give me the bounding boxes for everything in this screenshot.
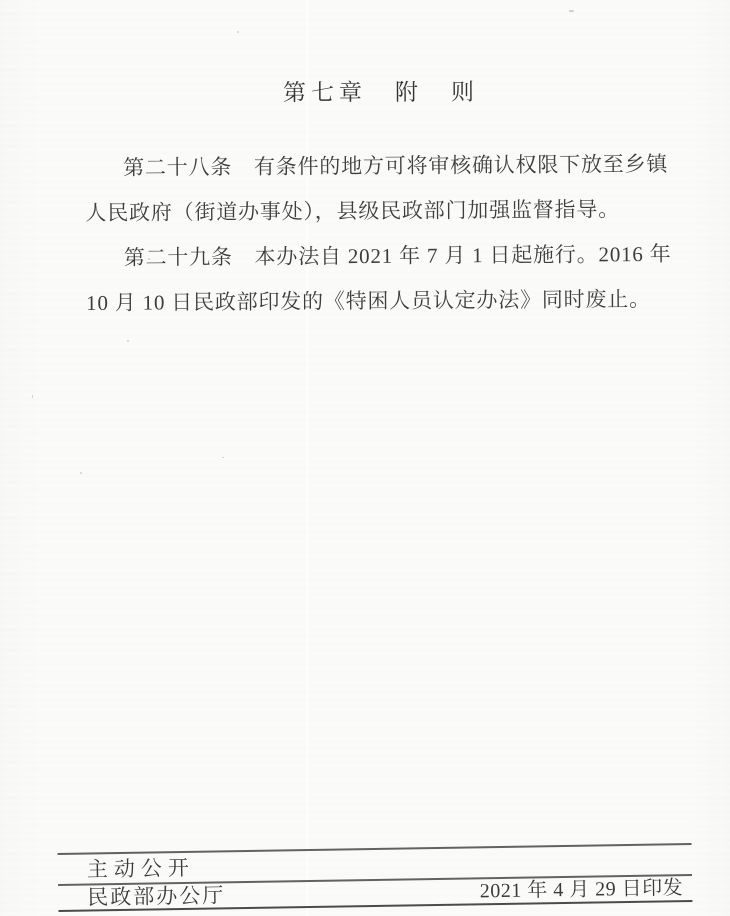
article-29-line-2: 10 月 10 日民政部印发的《特困人员认定办法》同时废止。 [86, 277, 686, 326]
scan-speck [127, 340, 129, 342]
chapter-title: 第七章 附 则 [85, 73, 677, 109]
scan-speck [80, 472, 82, 474]
article-29: 第二十九条 本办法自 2021 年 7 月 1 日起施行。2016 年 10 月… [86, 232, 687, 326]
scan-speck [237, 31, 239, 33]
article-29-line-1: 第二十九条 本办法自 2021 年 7 月 1 日起施行。2016 年 [86, 232, 686, 281]
scan-speck [569, 10, 574, 12]
scanner-band-artifact [306, 0, 309, 916]
article-28-line-2: 人民政府（街道办事处），县级民政部门加强监督指导。 [85, 187, 685, 236]
scan-speck [32, 395, 33, 398]
article-28: 第二十八条 有条件的地方可将审核确认权限下放至乡镇 人民政府（街道办事处），县级… [85, 142, 686, 236]
scanned-document-page: 第七章 附 则 第二十八条 有条件的地方可将审核确认权限下放至乡镇 人民政府（街… [0, 0, 730, 916]
article-28-line-1: 第二十八条 有条件的地方可将审核确认权限下放至乡镇 [85, 142, 685, 191]
document-body: 第二十八条 有条件的地方可将审核确认权限下放至乡镇 人民政府（街道办事处），县级… [85, 142, 686, 326]
scan-speck [222, 457, 224, 458]
issuing-office: 民政部办公厅 [87, 883, 225, 910]
issue-date: 2021 年 4 月 29 日印发 [480, 876, 684, 904]
document-footer: 主动公开 民政部办公厅 2021 年 4 月 29 日印发 [58, 843, 693, 912]
